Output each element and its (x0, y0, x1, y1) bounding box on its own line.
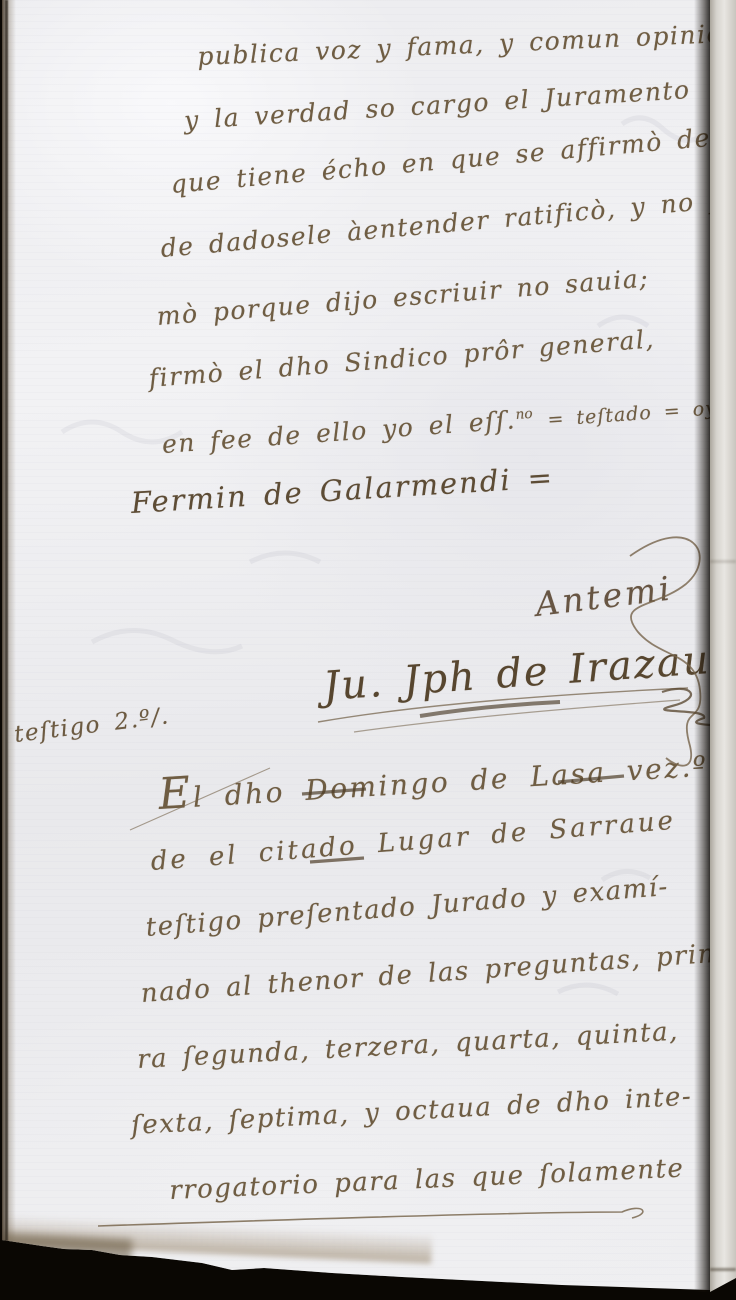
margin-note-testigo-2: teſtigo 2.º/. (13, 703, 171, 748)
closing-lead: en fee de ello yo el eſſ. (161, 405, 517, 459)
handwritten-line: firmò el dho Sindico prôr general, (148, 324, 656, 393)
page-stack-seam (710, 560, 736, 563)
handwritten-line: de el citado Lugar de Sarraue (150, 806, 677, 877)
handwritten-line: nado al thenor de las preguntas, prime- (140, 936, 736, 1009)
gutter-shadow (694, 0, 712, 1292)
handwritten-line: de dadosele àentender ratificò, y no fir… (159, 182, 736, 263)
ante-mi-attestation: Antemi (533, 569, 674, 624)
left-binding-edge-line (5, 0, 8, 1248)
handwritten-line: mò porque dijo escriuir no sauia; (156, 263, 650, 331)
handwritten-line: y la verdad so cargo el Juramento (183, 75, 691, 135)
notary-signature: Ju. Jph de Irazaual (322, 634, 736, 710)
manuscript-page: publica voz y fama, y comun opinion, y l… (2, 0, 710, 1300)
facing-page-fore-edge (710, 0, 736, 1292)
closing-formula-line: en fee de ello yo el eſſ.no = teſtado = … (161, 387, 736, 459)
manuscript-scan: publica voz y fama, y comun opinion, y l… (0, 0, 736, 1300)
witness-signature: Fermin de Galarmendi = (130, 460, 555, 520)
handwritten-line: publica voz y fama, y comun opinion, (197, 18, 736, 71)
handwritten-line: teſtigo preſentado Jurado y examí- (145, 872, 670, 943)
scribal-superscript: no (515, 406, 533, 423)
handwritten-line: ſexta, ſeptima, y octaua de dho inte- (130, 1082, 692, 1141)
page-stack-seam (710, 1268, 736, 1271)
handwritten-line: rrogatorio para las que ſolamente (169, 1154, 685, 1206)
handwritten-line: El dho Domingo de Lasa vez.º (157, 736, 710, 820)
handwritten-line: ra ſegunda, terzera, quarta, quinta, (136, 1017, 679, 1075)
